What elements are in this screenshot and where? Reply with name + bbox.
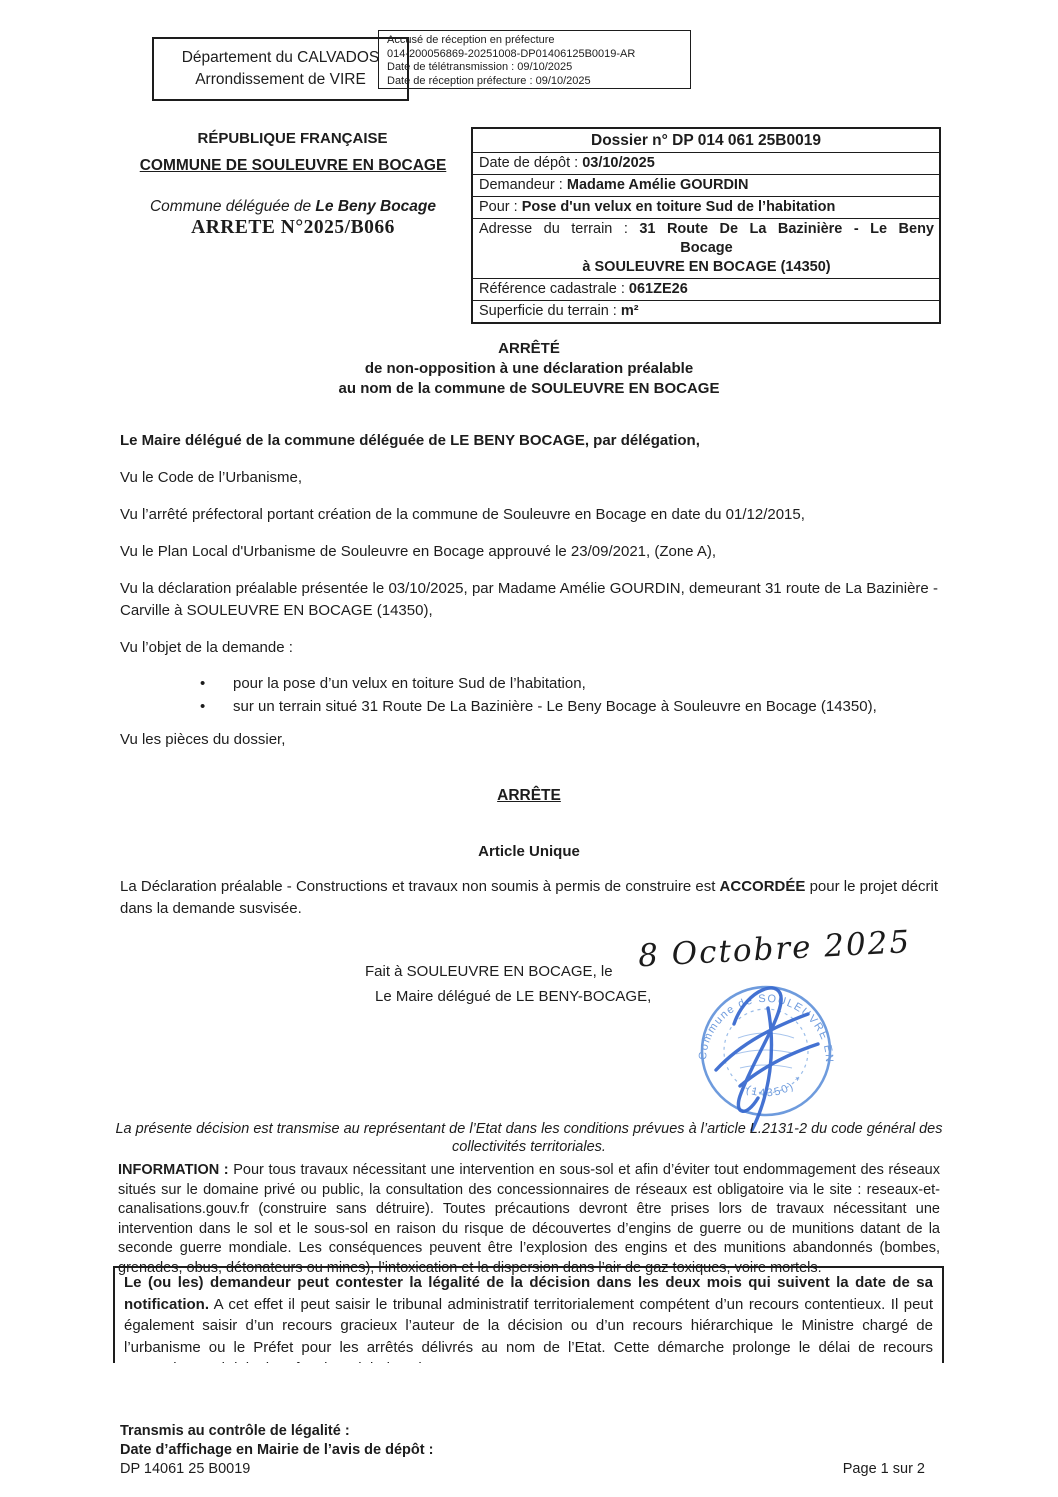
information-paragraph: INFORMATION : Pour tous travaux nécessit…	[118, 1161, 940, 1278]
table-row-superficie: Superficie du terrain : m²	[473, 301, 939, 322]
bullet-text: sur un terrain situé 31 Route De La Bazi…	[233, 698, 877, 715]
decree-heading-line1: ARRÊTÉ	[120, 339, 938, 359]
information-label: INFORMATION :	[118, 1162, 233, 1178]
table-row-demandeur: Demandeur : Madame Amélie GOURDIN	[473, 175, 939, 197]
row-value: 31 Route De La Bazinière - Le Beny	[639, 221, 934, 237]
commune-deleguee-line: Commune déléguée de Le Beny Bocage	[108, 196, 478, 218]
row-label: Demandeur :	[479, 177, 567, 193]
decision-accorde: ACCORDÉE	[720, 878, 806, 895]
contest-text: A cet effet il peut saisir le tribunal a…	[124, 1296, 933, 1364]
handwritten-date: 8 Octobre 2025	[638, 931, 919, 968]
adresse-line-1: Adresse du terrain : 31 Route De La Bazi…	[479, 220, 934, 239]
paragraph-vu-plu: Vu le Plan Local d'Urbanisme de Souleuvr…	[120, 541, 938, 563]
decree-heading-line3: au nom de la commune de SOULEUVRE EN BOC…	[120, 379, 938, 399]
paragraph-vu-arrete-prefectoral: Vu l’arrêté préfectoral portant création…	[120, 504, 938, 526]
paragraph-vu-code: Vu le Code de l’Urbanisme,	[120, 467, 938, 489]
article-unique-title: Article Unique	[120, 841, 938, 863]
dossier-table: Dossier n° DP 014 061 25B0019 Date de dé…	[471, 127, 941, 324]
decision-text-before: La Déclaration préalable - Constructions…	[120, 878, 720, 895]
accuse-line-2: 014-200056869-20251008-DP01406125B0019-A…	[387, 48, 684, 62]
footer-dossier-ref: DP 14061 25 B0019	[120, 1460, 250, 1479]
mayor-stamp-and-signature: Commune de SOULEUVRE EN BOCAGE (14350) *	[680, 966, 850, 1136]
arrete-section-heading: ARRÊTE	[497, 787, 561, 804]
department-box: Département du CALVADOS Arrondissement d…	[152, 37, 409, 101]
accuse-reception-box: Accusé de réception en préfecture 014-20…	[378, 30, 691, 89]
paragraph-intro: Le Maire délégué de la commune déléguée …	[120, 430, 938, 452]
accuse-line-1: Accusé de réception en préfecture	[387, 34, 684, 48]
row-value: 061ZE26	[629, 281, 688, 297]
arrete-number: ARRETE N°2025/B066	[108, 217, 478, 239]
accuse-line-4: Date de réception préfecture : 09/10/202…	[387, 75, 684, 89]
adresse-line-2: Bocage	[479, 239, 934, 258]
arrete-document-page: Accusé de réception en préfecture 014-20…	[0, 0, 1058, 1497]
row-value: 03/10/2025	[582, 155, 655, 171]
commune-deleguee-prefix: Commune déléguée de	[150, 198, 315, 215]
row-value: Pose d'un velux en toiture Sud de l’habi…	[522, 199, 836, 215]
republique-title: RÉPUBLIQUE FRANÇAISE	[120, 128, 465, 150]
table-row-date-depot: Date de dépôt : 03/10/2025	[473, 153, 939, 175]
row-value: m²	[621, 303, 639, 319]
bullet-text: pour la pose d’un velux en toiture Sud d…	[233, 675, 586, 692]
paragraph-vu-objet: Vu l’objet de la demande :	[120, 637, 938, 659]
table-row-adresse: Adresse du terrain : 31 Route De La Bazi…	[473, 219, 939, 279]
table-row-pour: Pour : Pose d'un velux en toiture Sud de…	[473, 197, 939, 219]
table-row-reference: Référence cadastrale : 061ZE26	[473, 279, 939, 301]
list-item: •pour la pose d’un velux en toiture Sud …	[200, 673, 940, 695]
arrondissement-line: Arrondissement de VIRE	[154, 69, 407, 91]
footer-transmis-line: Transmis au contrôle de légalité :	[120, 1422, 350, 1441]
fait-a-line: Fait à SOULEUVRE EN BOCAGE, le	[365, 961, 613, 983]
row-label: Superficie du terrain :	[479, 303, 621, 319]
department-line: Département du CALVADOS	[154, 47, 407, 69]
signer-line: Le Maire délégué de LE BENY-BOCAGE,	[375, 986, 651, 1008]
bullet-icon: •	[200, 696, 233, 718]
row-label: Pour :	[479, 199, 522, 215]
stamp-seal-icon: Commune de SOULEUVRE EN BOCAGE (14350) *	[680, 966, 850, 1136]
dossier-header: Dossier n° DP 014 061 25B0019	[473, 129, 939, 153]
contest-rights-box: Le (ou les) demandeur peut contester la …	[113, 1266, 944, 1363]
paragraph-decision: La Déclaration préalable - Constructions…	[120, 876, 938, 920]
information-text: Pour tous travaux nécessitant une interv…	[118, 1162, 940, 1276]
row-label: Référence cadastrale :	[479, 281, 629, 297]
adresse-line-3: à SOULEUVRE EN BOCAGE (14350)	[479, 258, 934, 277]
commune-title: COMMUNE DE SOULEUVRE EN BOCAGE	[140, 157, 447, 174]
footer-page-number: Page 1 sur 2	[700, 1460, 925, 1479]
row-label: Adresse du terrain :	[479, 221, 639, 237]
decree-heading-line2: de non-opposition à une déclaration préa…	[120, 359, 938, 379]
transmission-note: La présente décision est transmise au re…	[110, 1120, 948, 1156]
row-value: Madame Amélie GOURDIN	[567, 177, 749, 193]
bullet-icon: •	[200, 673, 233, 695]
paragraph-vu-declaration: Vu la déclaration préalable présentée le…	[120, 578, 938, 622]
accuse-line-3: Date de télétransmission : 09/10/2025	[387, 61, 684, 75]
decree-heading: ARRÊTÉ de non-opposition à une déclarati…	[120, 339, 938, 399]
paragraph-vu-pieces: Vu les pièces du dossier,	[120, 729, 938, 751]
list-item: •sur un terrain situé 31 Route De La Baz…	[200, 696, 940, 718]
footer-affichage-line: Date d’affichage en Mairie de l’avis de …	[120, 1441, 433, 1460]
commune-deleguee-name: Le Beny Bocage	[315, 198, 436, 215]
row-label: Date de dépôt :	[479, 155, 582, 171]
